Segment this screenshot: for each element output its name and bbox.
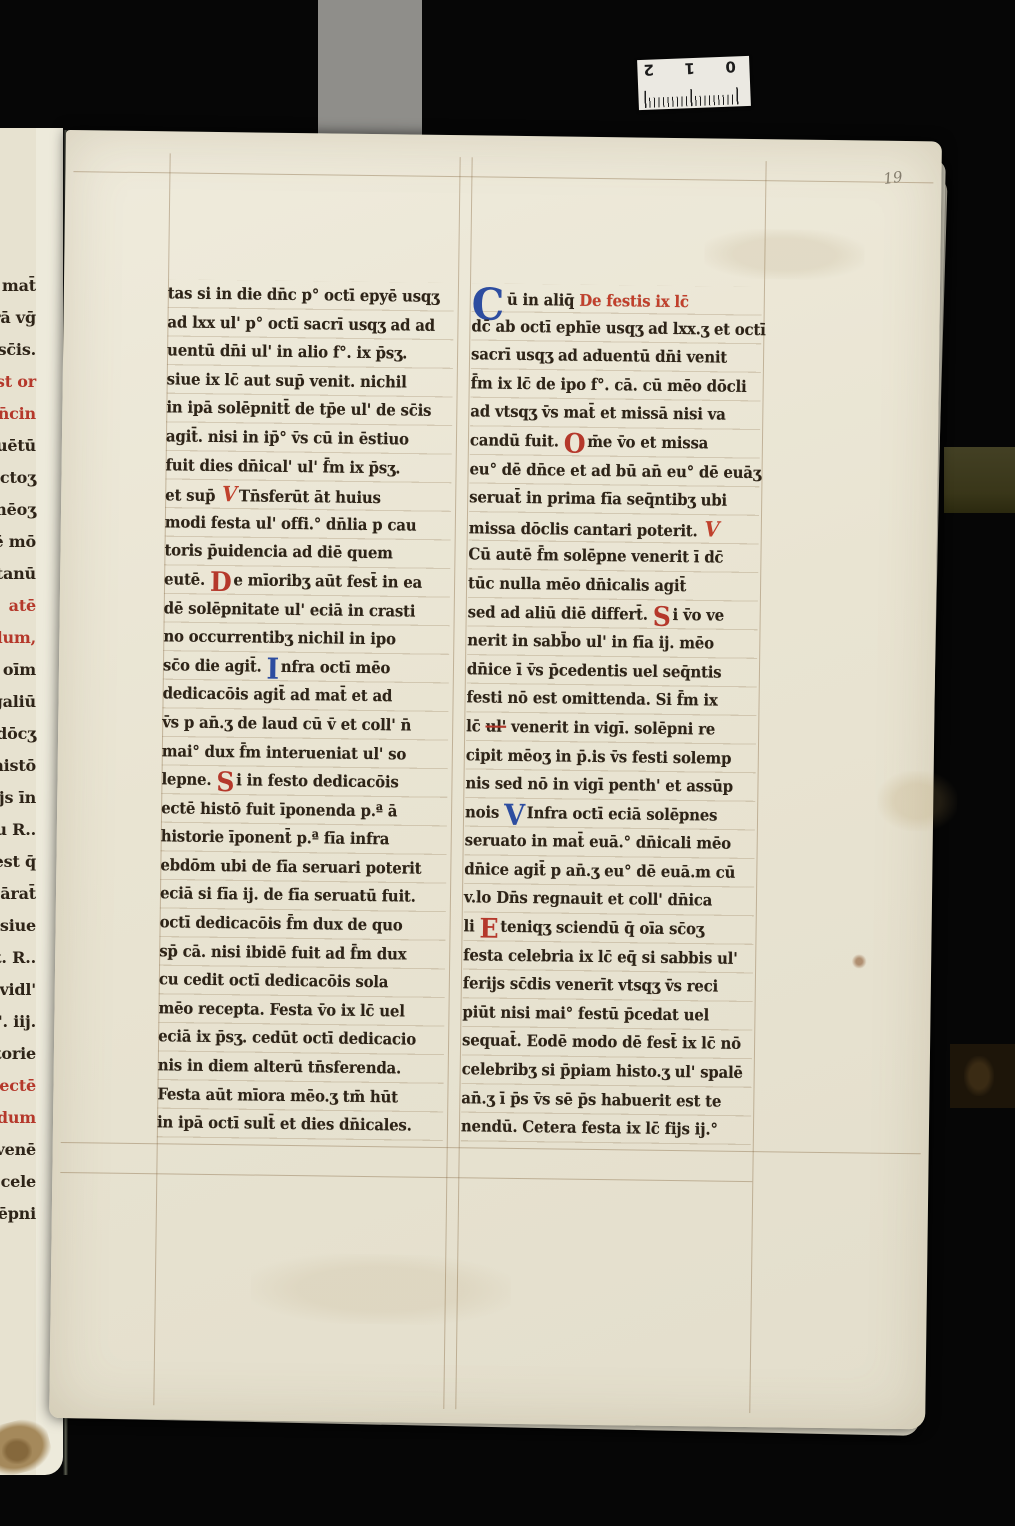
text-line: Festa aūt mīora mēo.ʒ tm̄ hūt bbox=[157, 1080, 423, 1112]
ruler-number: 1 bbox=[684, 59, 695, 77]
ruler-numbers: 210 bbox=[643, 57, 736, 79]
text-segment: octī dedicacōis f̄m dux de quo bbox=[160, 912, 403, 934]
text-line: eu° dē dn̄ce et ad bū an̄ eu° dē euāʒ bbox=[469, 455, 739, 487]
book-clasp-top bbox=[944, 447, 1015, 513]
text-segment: sequat̄. Eodē modo dē fest̄ ix lc̄ nō bbox=[462, 1031, 741, 1054]
text-line: tūc nulla mēo dn̄icalis agit̄ bbox=[468, 569, 738, 601]
facing-text-fragment: n̄cin bbox=[0, 404, 36, 423]
text-segment: piūt nisi mai° festū p̄cedat uel bbox=[462, 1002, 709, 1024]
text-segment: nfra octī mēo bbox=[281, 657, 391, 677]
text-line: ectē histō fuit īponenda p.ª ā bbox=[161, 794, 427, 826]
left-column: tas si in die dn̄c p° octī epyē usqʒad l… bbox=[157, 279, 454, 1143]
text-line: sc̄o die agit̄. Infra octī mēo bbox=[163, 651, 429, 683]
text-segment: ferijs sc̄dis venerīt vtsqʒ v̄s reci bbox=[463, 974, 718, 996]
text-line: dc̄ ab octī ephīe usqʒ ad lxx.ʒ et octī bbox=[471, 312, 741, 344]
ruling-line-horizontal bbox=[61, 1142, 921, 1154]
facing-text-fragment: t. R.. bbox=[0, 948, 36, 967]
facing-text-fragment: est q̄ bbox=[0, 852, 36, 871]
text-line: eutē. De mīoribʒ aūt fest̄ in ea bbox=[164, 565, 430, 597]
text-line: ad lxx ul' p° octī sacrī usqʒ ad ad bbox=[167, 308, 433, 340]
facing-text-fragment: dē mō bbox=[0, 532, 36, 551]
text-line: no occurrentibʒ nichil in ipo bbox=[163, 622, 429, 654]
text-segment: e mīoribʒ aūt fest̄ in ea bbox=[233, 570, 422, 591]
text-segment: v.lo Dn̄s regnauit et coll' dn̄ica bbox=[464, 888, 712, 910]
ruler-number: 0 bbox=[725, 57, 736, 75]
text-line: f̄m ix lc̄ de ipo f°. cā. cū mēo dōcli bbox=[471, 369, 741, 401]
text-line: piūt nisi mai° festū p̄cedat uel bbox=[462, 998, 732, 1030]
text-segment: candū fuit. bbox=[470, 430, 564, 450]
text-segment: lc̄ bbox=[466, 716, 486, 735]
text-segment: dc̄ ab octī ephīe usqʒ ad lxx.ʒ et octī bbox=[471, 316, 765, 339]
text-line: sp̄ cā. nisi ibidē fuit ad f̄m dux bbox=[159, 937, 425, 969]
text-segment: sed ad aliū diē differt̄. bbox=[468, 602, 653, 623]
text-segment: li bbox=[463, 916, 479, 935]
text-line: Cū in aliq̄ De festis ix lc̄ bbox=[472, 283, 742, 315]
text-segment: eutē. bbox=[164, 569, 210, 589]
text-segment: ul' bbox=[485, 716, 506, 735]
text-segment: cu cedit octī dedicacōis sola bbox=[159, 970, 389, 992]
text-line: historie īponent̄ p.ª fīa infra bbox=[161, 823, 427, 855]
facing-text-fragment: D's oīm bbox=[0, 660, 36, 679]
text-line: sacrī usqʒ ad aduentū dn̄i venit bbox=[471, 341, 741, 373]
text-line: sequat̄. Eodē modo dē fest̄ ix lc̄ nō bbox=[462, 1027, 732, 1059]
text-line: dn̄ice ī v̄s p̄cedentis uel seq̄ntis bbox=[467, 655, 737, 687]
text-segment: cipit mēoʒ in p̄.is v̄s festi solemp bbox=[466, 745, 732, 767]
text-segment: historie īponent̄ p.ª fīa infra bbox=[161, 827, 390, 849]
text-segment: siue ix lc̄ aut sup̄ venit. nichil bbox=[167, 369, 407, 391]
text-segment: festa celebria ix lc̄ eq̄ si sabbis ul' bbox=[463, 945, 738, 968]
facing-text-fragment: uinctoʒ bbox=[0, 468, 36, 487]
text-line: v̄s p an̄.ʒ de laud cū v̄ et coll' n̄ bbox=[162, 708, 428, 740]
text-line: festi nō est omittenda. Si f̄m ix bbox=[466, 684, 736, 716]
facing-text-fragment: galiū bbox=[0, 692, 36, 711]
facing-text-fragment: 7 mat̄ bbox=[0, 276, 36, 295]
text-segment: ebdōm ubi de fīa seruari poterit bbox=[160, 855, 421, 877]
facing-text-fragment: m'. iij. bbox=[0, 1012, 36, 1031]
text-line: sed ad aliū diē differt̄. Si v̄o ve bbox=[468, 598, 738, 630]
text-segment: dē solēpnitate ul' eciā in crasti bbox=[164, 598, 416, 620]
text-segment: an̄.ʒ ī p̄s v̄s sē p̄s habuerit est te bbox=[461, 1088, 721, 1110]
facing-text-fragment: ēpni bbox=[0, 1204, 36, 1223]
text-line: lc̄ ul' venerit in vigī. solēpni re bbox=[466, 712, 736, 744]
illuminated-initial: S bbox=[653, 601, 671, 632]
text-line: agit̄. nisi in ip̄° v̄s cū in ēstiuo bbox=[166, 422, 432, 454]
text-segment: agit̄. nisi in ip̄° v̄s cū in ēstiuo bbox=[166, 426, 409, 448]
text-segment: missa dōclis cantari poterit. bbox=[469, 518, 703, 540]
text-segment: teniqʒ sciendū q̄ oīa sc̄oʒ bbox=[500, 917, 704, 939]
text-line: modi festa ul' offi.° dn̄lia p cau bbox=[165, 508, 431, 540]
text-line: nis in diem alterū tn̄sferenda. bbox=[158, 1051, 424, 1083]
text-line: v.lo Dn̄s regnauit et coll' dn̄ica bbox=[464, 884, 734, 916]
text-segment: seruat̄ in prima fīa seq̄ntibʒ ubi bbox=[469, 487, 727, 509]
facing-text-fragment: gruētū bbox=[0, 436, 36, 455]
text-line: eciā si fīa ij. de fīa seruatū fuit. bbox=[160, 880, 426, 912]
text-line: missa dōclis cantari poterit. V bbox=[469, 512, 739, 544]
text-line: dn̄ice agit̄ p an̄.ʒ eu° dē euā.m cū bbox=[464, 855, 734, 887]
text-segment: nois bbox=[465, 802, 504, 822]
text-segment: dn̄ice agit̄ p an̄.ʒ eu° dē euā.m cū bbox=[464, 859, 735, 882]
text-segment: nerit in sabb̄o ul' in fīa ij. mēo bbox=[467, 630, 714, 652]
text-line: lepne. Si in festo dedicacōis bbox=[161, 765, 427, 797]
text-line: et sup̄ VTn̄sferūt āt huius bbox=[165, 479, 431, 511]
text-segment: i in festo dedicacōis bbox=[236, 770, 399, 791]
text-segment: nis in diem alterū tn̄sferenda. bbox=[158, 1055, 402, 1077]
text-segment: dn̄ice ī v̄s p̄cedentis uel seq̄ntis bbox=[467, 659, 722, 681]
text-segment: eu° dē dn̄ce et ad bū an̄ eu° dē euāʒ bbox=[469, 459, 761, 482]
text-segment: nendū. Cetera festa ix lc̄ fijs ij.° bbox=[461, 1116, 718, 1138]
text-segment: sp̄ cā. nisi ibidē fuit ad f̄m dux bbox=[159, 941, 406, 963]
text-line: in ipā solēpnitt̄ de tp̄e ul' de sc̄is bbox=[166, 394, 432, 426]
text-segment: fuit dies dn̄ical' ul' f̄m ix p̄sʒ. bbox=[166, 455, 401, 477]
facing-text-fragment: vidl' bbox=[0, 980, 36, 999]
text-line: dē solēpnitate ul' eciā in crasti bbox=[164, 594, 430, 626]
text-segment: Tn̄sferūt āt huius bbox=[239, 486, 381, 507]
text-line: ferijs sc̄dis venerīt vtsqʒ v̄s reci bbox=[463, 970, 733, 1002]
text-line: nois VInfra octī eciā solēpnes bbox=[465, 798, 735, 830]
text-segment: sacrī usqʒ ad aduentū dn̄i venit bbox=[471, 345, 727, 367]
text-segment: sc̄o die agit̄. bbox=[163, 655, 267, 675]
text-line: eciā ix p̄sʒ. cedūt octī dedicacio bbox=[158, 1023, 424, 1055]
facing-text-fragment: otanū bbox=[0, 564, 36, 583]
text-line: cu cedit octī dedicacōis sola bbox=[159, 966, 425, 998]
ruling-line-horizontal bbox=[60, 1172, 752, 1182]
illuminated-initial: O bbox=[564, 429, 586, 460]
facing-text-fragment: rssiue bbox=[0, 916, 36, 935]
text-line: nerit in sabb̄o ul' in fīa ij. mēo bbox=[467, 626, 737, 658]
facing-text-fragment: ut̄ histō bbox=[0, 756, 36, 775]
parchment-stain bbox=[704, 228, 865, 280]
text-line: cipit mēoʒ in p̄.is v̄s festi solemp bbox=[466, 741, 736, 773]
text-line: ebdōm ubi de fīa seruari poterit bbox=[160, 851, 426, 883]
text-segment: tas si in die dn̄c p° octī epyē usqʒ bbox=[168, 283, 440, 306]
text-segment: tūc nulla mēo dn̄icalis agit̄ bbox=[468, 573, 686, 595]
book-clasp-bottom bbox=[950, 1044, 1015, 1108]
text-segment: venerit in vigī. solēpni re bbox=[506, 717, 715, 739]
text-segment: Cū autē f̄m solēpne venerit ī dc̄ bbox=[468, 545, 723, 567]
facing-text-fragment: ectē bbox=[0, 1076, 36, 1095]
text-segment: mēo recepta. Festa v̄o ix lc̄ uel bbox=[158, 998, 404, 1020]
facing-text-fragment: ndum, bbox=[0, 628, 36, 647]
text-segment: no occurrentibʒ nichil in ipo bbox=[163, 626, 396, 648]
text-segment: Festa aūt mīora mēo.ʒ tm̄ hūt bbox=[157, 1084, 398, 1106]
illuminated-initial: S bbox=[216, 767, 234, 798]
text-segment: Infra octī eciā solēpnes bbox=[527, 803, 718, 824]
rubric-heading: De festis ix lc̄ bbox=[579, 291, 689, 311]
text-line: octī dedicacōis f̄m dux de quo bbox=[159, 908, 425, 940]
text-line: Cū autē f̄m solēpne venerit ī dc̄ bbox=[468, 541, 738, 573]
text-segment: seruato in mat̄ euā.° dn̄icali mēo bbox=[465, 831, 731, 853]
text-line: siue ix lc̄ aut sup̄ venit. nichil bbox=[167, 365, 433, 397]
paraph-mark: V bbox=[704, 516, 719, 541]
text-segment: eciā ix p̄sʒ. cedūt octī dedicacio bbox=[158, 1027, 416, 1049]
parchment-stain bbox=[877, 771, 958, 832]
facing-text-fragment: atē bbox=[9, 596, 36, 615]
text-line: nendū. Cetera festa ix lc̄ fijs ij.° bbox=[461, 1112, 731, 1144]
text-segment: festi nō est omittenda. Si f̄m ix bbox=[466, 688, 717, 710]
text-segment: nis sed nō in vigī penth' et assūp bbox=[465, 773, 733, 795]
text-line: toris p̄uidencia ad diē quem bbox=[164, 537, 430, 569]
ruler: 210 bbox=[637, 56, 751, 110]
text-segment: ū in aliq̄ bbox=[507, 290, 580, 310]
parchment-stain bbox=[250, 1253, 511, 1326]
facing-text-fragment: s sc̄is. bbox=[0, 340, 36, 359]
facing-text-fragment: s mēoʒ bbox=[0, 500, 36, 519]
illuminated-initial: D bbox=[210, 567, 232, 598]
text-segment: v̄s p an̄.ʒ de laud cū v̄ et coll' n̄ bbox=[162, 712, 411, 734]
ruler-number: 2 bbox=[643, 61, 654, 79]
text-segment: dedicacōis agit̄ ad mat̄ et ad bbox=[163, 684, 393, 706]
text-line: ad vtsqʒ v̄s mat̄ et missā nisi va bbox=[470, 398, 740, 430]
right-column: Cū in aliq̄ De festis ix lc̄dc̄ ab octī … bbox=[461, 283, 762, 1147]
facing-text-fragment: ustorie bbox=[0, 1044, 36, 1063]
text-line: uentū dn̄i ul' in alio f°. ix p̄sʒ. bbox=[167, 337, 433, 369]
parchment-stain bbox=[851, 954, 867, 968]
text-line: li Eteniqʒ sciendū q̄ oīa sc̄oʒ bbox=[463, 912, 733, 944]
text-line: seruato in mat̄ euā.° dn̄icali mēo bbox=[465, 827, 735, 859]
paraph-mark: V bbox=[222, 481, 237, 506]
text-line: fuit dies dn̄ical' ul' f̄m ix p̄sʒ. bbox=[165, 451, 431, 483]
text-segment: ad vtsqʒ v̄s mat̄ et missā nisi va bbox=[470, 402, 726, 424]
illuminated-initial: E bbox=[479, 914, 498, 945]
text-segment: f̄m ix lc̄ de ipo f°. cā. cū mēo dōcli bbox=[471, 373, 747, 396]
text-segment: toris p̄uidencia ad diē quem bbox=[164, 541, 393, 563]
text-segment: uentū dn̄i ul' in alio f°. ix p̄sʒ. bbox=[167, 341, 407, 363]
ruling-line-horizontal bbox=[73, 171, 933, 183]
text-segment: ad lxx ul' p° octī sacrī usqʒ ad ad bbox=[167, 312, 435, 334]
text-segment: et sup̄ bbox=[165, 485, 220, 505]
text-segment: mai° dux f̄m interueniat ul' so bbox=[162, 741, 407, 763]
facing-text-fragment: ī cārat̄ bbox=[0, 884, 36, 903]
facing-text-fragment: bʒ cele bbox=[0, 1172, 36, 1191]
facing-text-fragment: ad dōcʒ bbox=[0, 724, 36, 743]
text-segment: modi festa ul' offi.° dn̄lia p cau bbox=[165, 512, 417, 534]
facing-text-fragment: du R.. bbox=[0, 820, 36, 839]
photo-stage: 210 7 mat̄brā vḡs sc̄is.ost orn̄cingruēt… bbox=[0, 0, 1015, 1526]
text-line: celebribʒ si p̄piam histo.ʒ ul' spalē bbox=[462, 1055, 732, 1087]
worn-binding-edge-dark bbox=[2, 1438, 32, 1464]
text-line: in ipā octī sult̄ et dies dn̄icales. bbox=[157, 1108, 423, 1140]
text-segment: celebribʒ si p̄piam histo.ʒ ul' spalē bbox=[462, 1059, 743, 1082]
text-segment: lepne. bbox=[161, 769, 216, 789]
manuscript-page: 19 tas si in die dn̄c p° octī epyē usqʒa… bbox=[49, 130, 942, 1429]
text-line: mai° dux f̄m interueniat ul' so bbox=[162, 737, 428, 769]
text-segment: ectē histō fuit īponenda p.ª ā bbox=[161, 798, 397, 820]
facing-text-fragment: venē bbox=[0, 1140, 36, 1159]
facing-text-fragment: dum bbox=[0, 1108, 36, 1127]
text-line: seruat̄ in prima fīa seq̄ntibʒ ubi bbox=[469, 483, 739, 515]
facing-text-fragment: nijs īn bbox=[0, 788, 36, 807]
text-segment: in ipā solēpnitt̄ de tp̄e ul' de sc̄is bbox=[166, 398, 431, 420]
text-line: mēo recepta. Festa v̄o ix lc̄ uel bbox=[158, 994, 424, 1026]
text-line: festa celebria ix lc̄ eq̄ si sabbis ul' bbox=[463, 941, 733, 973]
text-line: an̄.ʒ ī p̄s v̄s sē p̄s habuerit est te bbox=[461, 1084, 731, 1116]
gray-scale-card: 210 bbox=[318, 0, 422, 140]
facing-text-fragment: ost or bbox=[0, 372, 36, 391]
text-line: dedicacōis agit̄ ad mat̄ et ad bbox=[162, 680, 428, 712]
folio-number: 19 bbox=[882, 168, 903, 188]
text-segment: in ipā octī sult̄ et dies dn̄icales. bbox=[157, 1112, 412, 1134]
text-segment: m̄e v̄o et missa bbox=[587, 432, 708, 453]
text-segment: i v̄o ve bbox=[672, 605, 724, 625]
text-line: candū fuit. Om̄e v̄o et missa bbox=[470, 426, 740, 458]
text-segment: eciā si fīa ij. de fīa seruatū fuit. bbox=[160, 884, 416, 906]
facing-text-fragment: brā vḡ bbox=[0, 308, 36, 327]
text-line: tas si in die dn̄c p° octī epyē usqʒ bbox=[168, 279, 434, 311]
